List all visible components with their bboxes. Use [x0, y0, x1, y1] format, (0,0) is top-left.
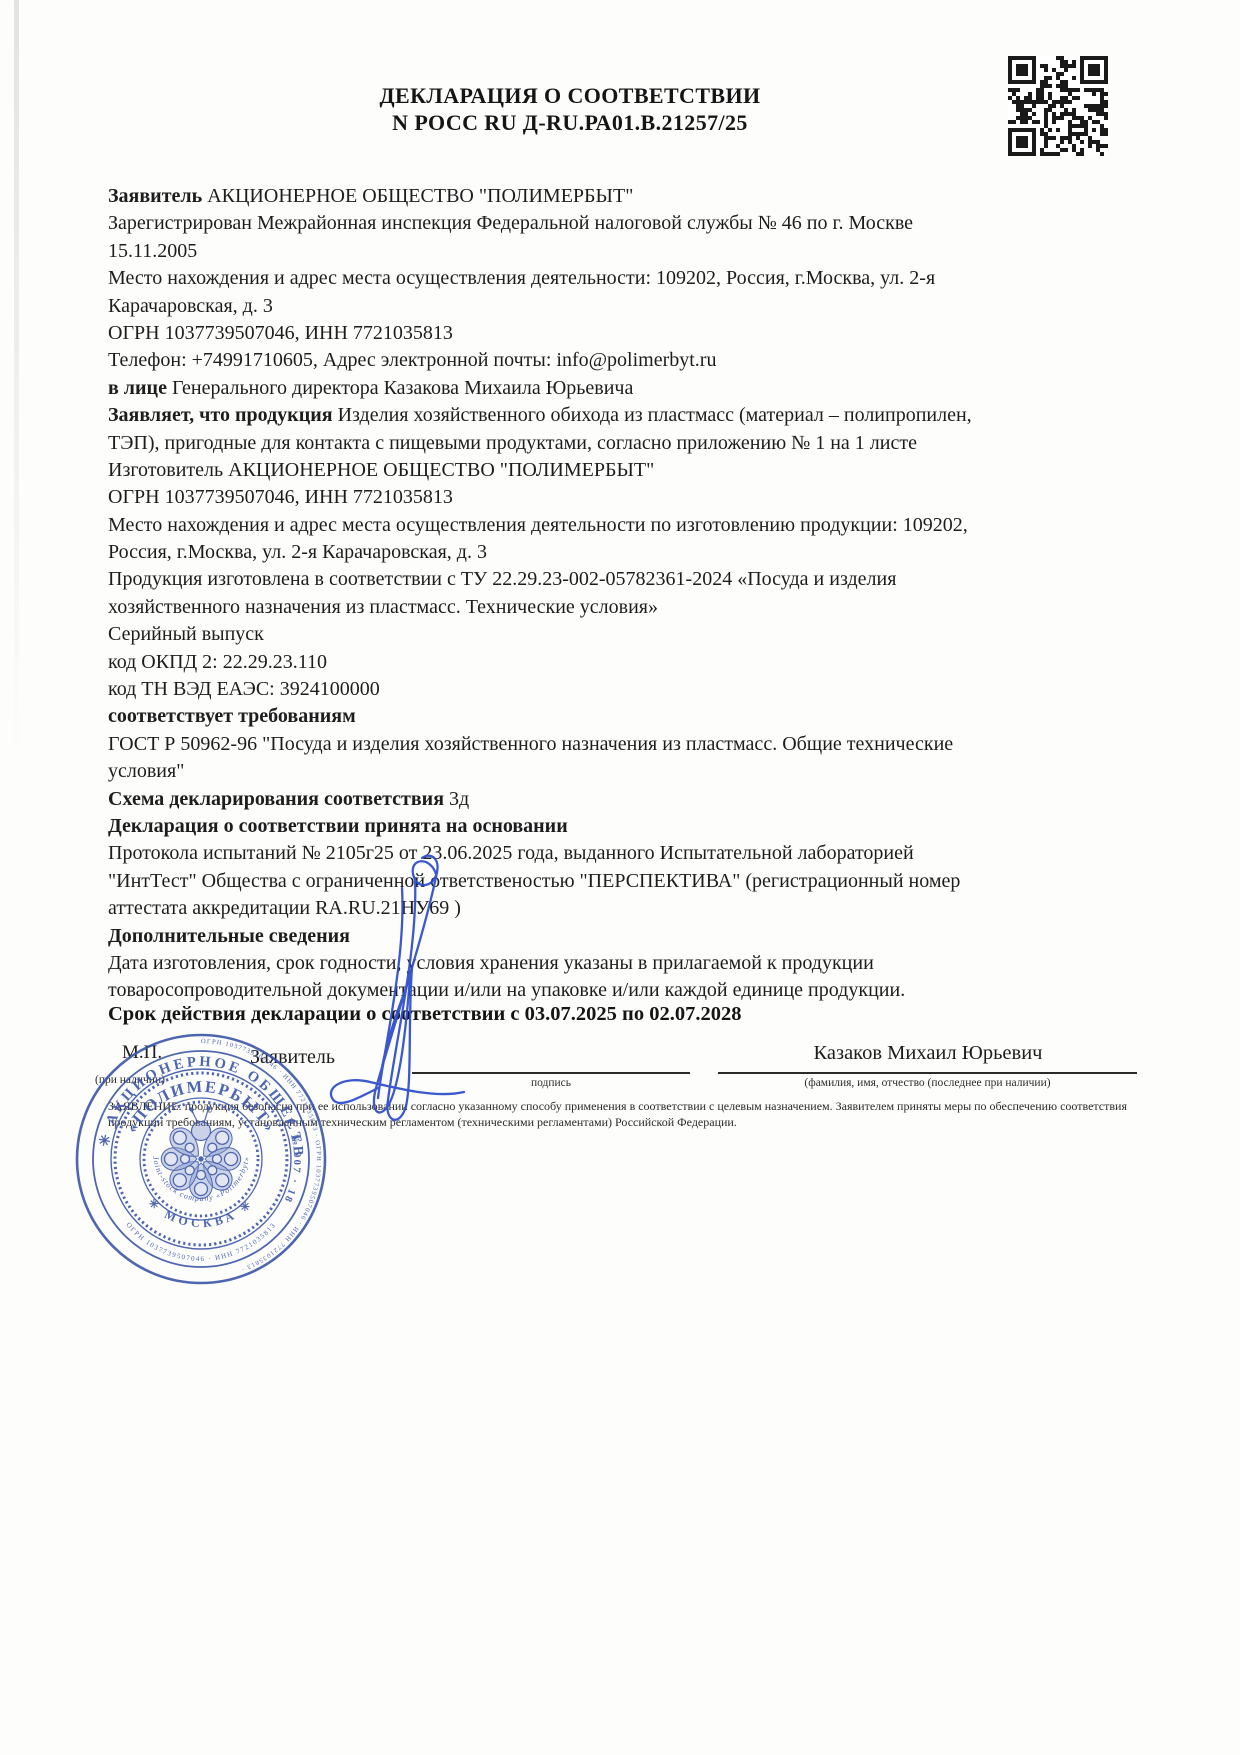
- title-line-2: N РОСС RU Д-RU.РА01.В.21257/25: [110, 109, 1030, 136]
- document-line: Заявитель АКЦИОНЕРНОЕ ОБЩЕСТВО "ПОЛИМЕРБ…: [108, 183, 1168, 210]
- handwritten-signature: [318, 848, 478, 1133]
- document-line: 15.11.2005: [108, 238, 1168, 265]
- document-line: Заявляет, что продукция Изделия хозяйств…: [108, 402, 1168, 429]
- document-line: Схема декларирования соответствия 3д: [108, 786, 1168, 813]
- document-line: Продукция изготовлена в соответствии с Т…: [108, 566, 1168, 593]
- document-line: Дата изготовления, срок годности, услови…: [108, 950, 1168, 977]
- title-line-1: ДЕКЛАРАЦИЯ О СООТВЕТСТВИИ: [110, 82, 1030, 109]
- document-line: Протокола испытаний № 2105г25 от 23.06.2…: [108, 840, 1168, 867]
- document-line: в лице Генерального директора Казакова М…: [108, 375, 1168, 402]
- name-caption: (фамилия, имя, отчество (последнее при н…: [718, 1077, 1137, 1089]
- document-line: условия": [108, 758, 1168, 785]
- document-line: Зарегистрирован Межрайонная инспекция Фе…: [108, 210, 1168, 237]
- document-line: товаросопроводительной документации и/ил…: [108, 977, 1168, 1004]
- name-line: [718, 1072, 1137, 1074]
- document-title: ДЕКЛАРАЦИЯ О СООТВЕТСТВИИ N РОСС RU Д-RU…: [110, 82, 1030, 136]
- document-line: Дополнительные сведения: [108, 923, 1168, 950]
- stamp-flower-emblem: [161, 1107, 241, 1199]
- document-line: Россия, г.Москва, ул. 2-я Карачаровская,…: [108, 539, 1168, 566]
- document-line: Серийный выпуск: [108, 621, 1168, 648]
- signatory-name: Казаков Михаил Юрьевич: [720, 1042, 1136, 1065]
- document-line: ТЭП), пригодные для контакта с пищевыми …: [108, 430, 1168, 457]
- document-line: "ИнтТест" Общества с ограниченной ответс…: [108, 868, 1168, 895]
- document-line: хозяйственного назначения из пластмасс. …: [108, 594, 1168, 621]
- validity-statement: Срок действия декларации о соответствии …: [108, 1003, 1148, 1026]
- document-line: аттестата аккредитации RA.RU.21НУ69 ): [108, 895, 1168, 922]
- document-line: Декларация о соответствии принята на осн…: [108, 813, 1168, 840]
- qr-code: [1008, 56, 1108, 156]
- document-line: Место нахождения и адрес места осуществл…: [108, 265, 1168, 292]
- document-line: Место нахождения и адрес места осуществл…: [108, 512, 1168, 539]
- document-line: ГОСТ Р 50962-96 "Посуда и изделия хозяйс…: [108, 731, 1168, 758]
- document-line: соответствует требованиям: [108, 703, 1168, 730]
- scan-artifact: [14, 0, 19, 760]
- document-line: Телефон: +74991710605, Адрес электронной…: [108, 347, 1168, 374]
- document-line: код ТН ВЭД ЕАЭС: 3924100000: [108, 676, 1168, 703]
- document-line: код ОКПД 2: 22.29.23.110: [108, 649, 1168, 676]
- document-line: ОГРН 1037739507046, ИНН 7721035813: [108, 484, 1168, 511]
- declaration-document: ДЕКЛАРАЦИЯ О СООТВЕТСТВИИ N РОСС RU Д-RU…: [0, 0, 1240, 1755]
- document-line: Карачаровская, д. 3: [108, 293, 1168, 320]
- document-body: Заявитель АКЦИОНЕРНОЕ ОБЩЕСТВО "ПОЛИМЕРБ…: [108, 183, 1168, 1005]
- company-stamp: ОГРН 1037739507046 · ИНН 7721035813 · ОГ…: [70, 1028, 332, 1290]
- document-line: ОГРН 1037739507046, ИНН 7721035813: [108, 320, 1168, 347]
- document-line: Изготовитель АКЦИОНЕРНОЕ ОБЩЕСТВО "ПОЛИМ…: [108, 457, 1168, 484]
